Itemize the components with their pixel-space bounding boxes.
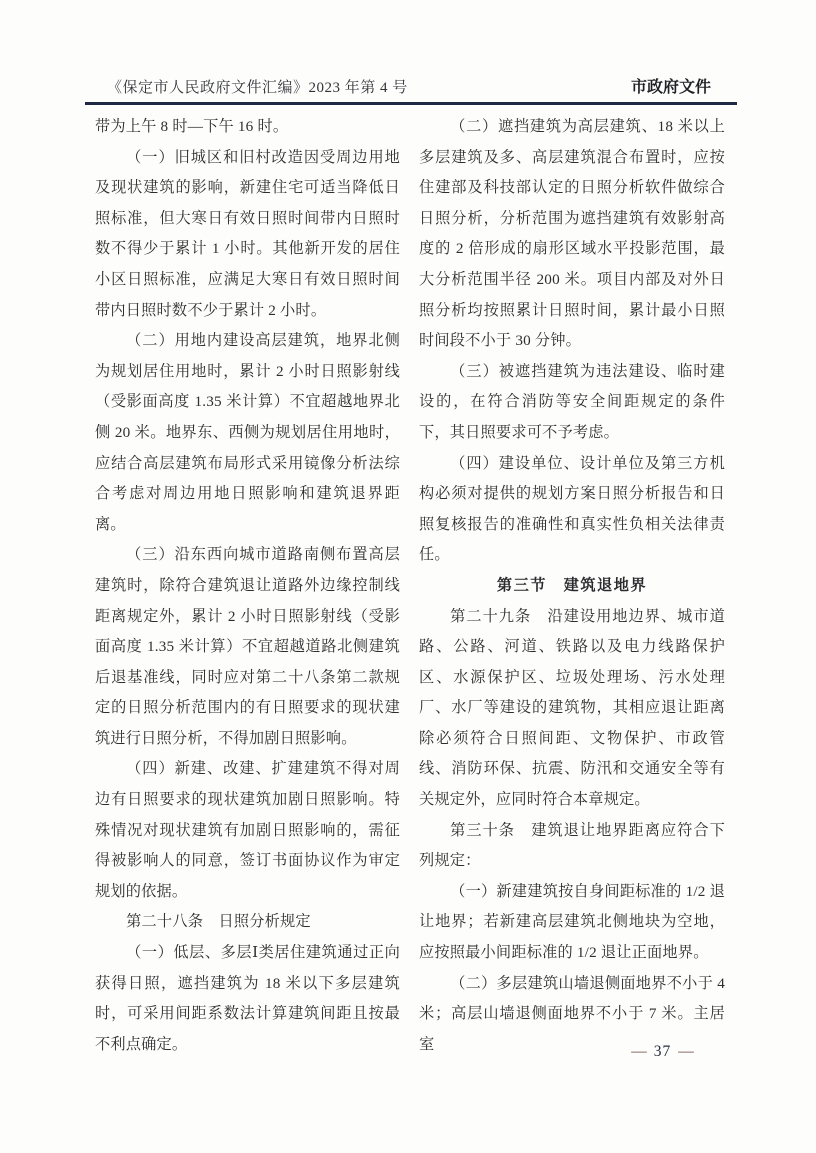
page-header: 《保定市人民政府文件汇编》2023 年第 4 号 市政府文件 [85, 78, 737, 98]
paragraph: 带为上午 8 时—下午 16 时。 [95, 112, 400, 143]
document-page: 《保定市人民政府文件汇编》2023 年第 4 号 市政府文件 带为上午 8 时—… [0, 0, 816, 1153]
page-number: 37 [654, 1043, 672, 1060]
page-footer: —37— [610, 1038, 715, 1066]
header-left-text: 《保定市人民政府文件汇编》2023 年第 4 号 [85, 78, 408, 98]
paragraph: 第二十八条 日照分析规定 [95, 907, 400, 938]
paragraph: 第二十九条 沿建设用地边界、城市道路、公路、河道、铁路以及电力线路保护区、水源保… [419, 602, 725, 816]
paragraph: （一）新建建筑按自身间距标准的 1/2 退让地界；若新建高层建筑北侧地块为空地，… [419, 877, 725, 969]
paragraph: 第三十条 建筑退让地界距离应符合下列规定： [419, 816, 725, 877]
footer-dash-left: — [624, 1043, 654, 1060]
paragraph: （三）被遮挡建筑为违法建设、临时建设的，在符合消防等安全间距规定的条件下，其日照… [419, 357, 725, 449]
paragraph: （二）用地内建设高层建筑，地界北侧为规划居住用地时，累计 2 小时日照影射线（受… [95, 326, 400, 540]
paragraph: （四）新建、改建、扩建建筑不得对周边有日照要求的现状建筑加剧日照影响。特殊情况对… [95, 754, 400, 907]
paragraph: （三）沿东西向城市道路南侧布置高层建筑时，除符合建筑退让道路外边缘控制线距离规定… [95, 540, 400, 754]
paragraph: （二）遮挡建筑为高层建筑、18 米以上多层建筑及多、高层建筑混合布置时，应按住建… [419, 112, 725, 357]
footer-dash-right: — [671, 1043, 701, 1060]
paragraph: （一）低层、多层Ⅰ类居住建筑通过正向获得日照，遮挡建筑为 18 米以下多层建筑时… [95, 938, 400, 1060]
header-right-text: 市政府文件 [631, 78, 737, 98]
header-rule [85, 102, 737, 105]
paragraph: （四）建设单位、设计单位及第三方机构必须对提供的规划方案日照分析报告和日照复核报… [419, 449, 725, 571]
left-column: 带为上午 8 时—下午 16 时。（一）旧城区和旧村改造因受周边用地及现状建筑的… [95, 112, 400, 1060]
right-column: （二）遮挡建筑为高层建筑、18 米以上多层建筑及多、高层建筑混合布置时，应按住建… [419, 112, 725, 1060]
paragraph: （一）旧城区和旧村改造因受周边用地及现状建筑的影响，新建住宅可适当降低日照标准，… [95, 143, 400, 327]
section-heading: 第三节 建筑退地界 [419, 571, 725, 602]
